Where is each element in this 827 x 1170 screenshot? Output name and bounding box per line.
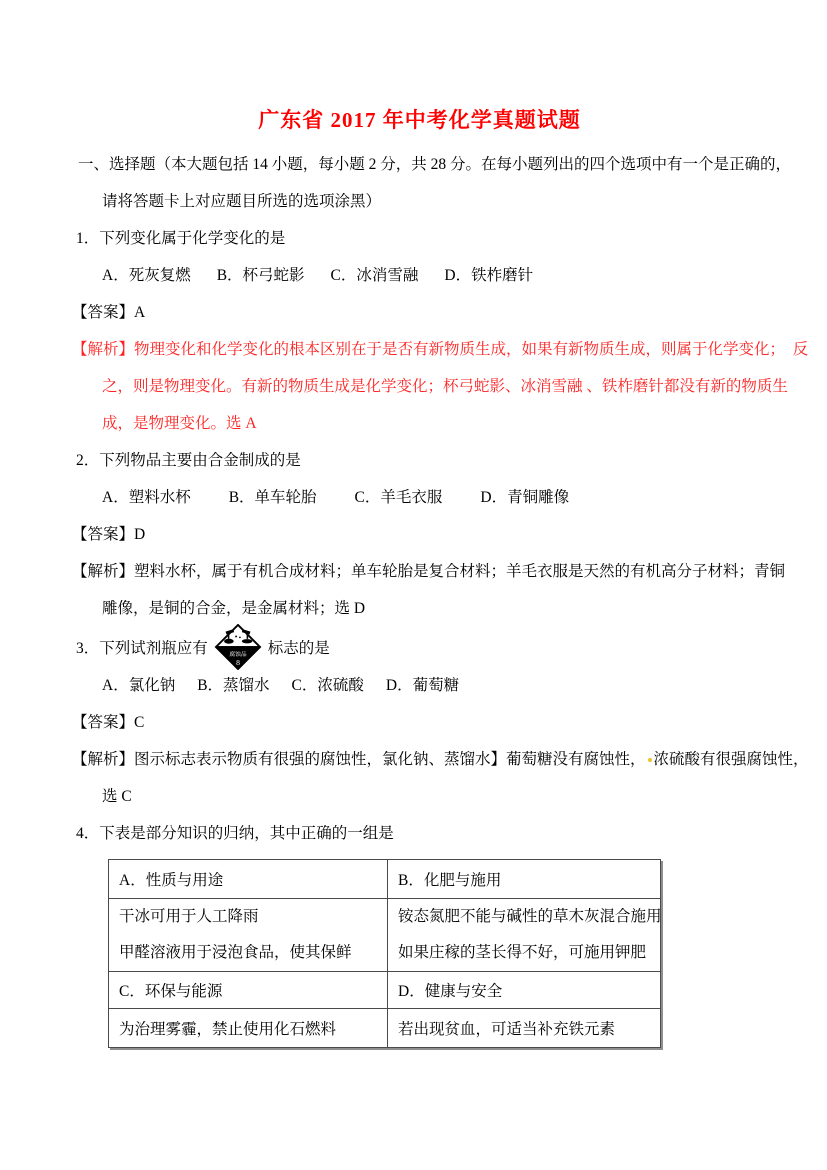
q1-option-d: D．铁柞磨针 [444,257,533,294]
document-page: 广东省 2017 年中考化学真题试题 一、选择题（本大题包括 14 小题，每小题… [0,0,827,1170]
q3-answer: 【答案】C [72,704,767,741]
q1-analysis-line-2: 之，则是物理变化。有新的物质生成是化学变化；杯弓蛇影、冰消雪融 、铁柞磨针都没有… [72,368,767,405]
table-cell-c-header: C．环保与能源 [109,972,388,1009]
table-cell-d-header: D．健康与安全 [388,972,661,1009]
table-row: 为治理雾霾，禁止使用化石燃料 若出现贫血，可适当补充铁元素 [109,1009,661,1048]
q3-analysis-line-1: 【解析】图示标志表示物质有很强的腐蚀性，氯化钠、蒸馏水】葡萄糖没有腐蚀性，浓硫酸… [72,741,767,778]
section-header-line-2: 请将答题卡上对应题目所选的选项涂黑） [72,183,767,220]
q3-stem: 3．下列试剂瓶应有 腐蚀品 8 标志的是 [76,627,767,667]
table-cell-d-body: 若出现贫血，可适当补充铁元素 [388,1009,661,1048]
q1-answer: 【答案】A [72,294,767,331]
table-row: C．环保与能源 D．健康与安全 [109,972,661,1009]
q1-analysis-line-1: 【解析】物理变化和化学变化的根本区别在于是否有新物质生成，如果有新物质生成，则属… [72,331,767,368]
table-row: A．性质与用途 B．化肥与施用 [109,860,661,899]
hazard-number: 8 [236,658,240,667]
document-content: 广东省 2017 年中考化学真题试题 一、选择题（本大题包括 14 小题，每小题… [0,0,827,1048]
q3-option-b: B．蒸馏水 [197,667,269,704]
q2-stem: 2．下列物品主要由合金制成的是 [76,442,767,479]
q1-option-a: A．死灰复燃 [102,257,191,294]
q2-options: A．塑料水杯 B．单车轮胎 C．羊毛衣服 D．青铜雕像 [72,479,767,516]
q2-analysis-line-1: 【解析】塑料水杯，属于有机合成材料；单车轮胎是复合材料；羊毛衣服是天然的有机高分… [72,553,767,590]
knowledge-summary-table: A．性质与用途 B．化肥与施用 干冰可用于人工降雨 甲醛溶液用于浸泡食品，使其保… [108,859,661,1048]
table-cell-line: 甲醛溶液用于浸泡食品，使其保鲜 [119,935,387,971]
table-cell-b-header: B．化肥与施用 [388,860,661,899]
table-cell-line: 干冰可用于人工降雨 [119,899,387,935]
table-cell-b-body: 铵态氮肥不能与碱性的草木灰混合施用 如果庄稼的茎长得不好，可施用钾肥 [388,899,661,972]
q3-option-c: C．浓硫酸 [292,667,364,704]
q3-stem-before-icon: 3．下列试剂瓶应有 [76,636,208,658]
table-row: 干冰可用于人工降雨 甲醛溶液用于浸泡食品，使其保鲜 铵态氮肥不能与碱性的草木灰混… [109,899,661,972]
table-cell-a-header: A．性质与用途 [109,860,388,899]
table-cell-c-body: 为治理雾霾，禁止使用化石燃料 [109,1009,388,1048]
table-cell-a-body: 干冰可用于人工降雨 甲醛溶液用于浸泡食品，使其保鲜 [109,899,388,972]
q1-stem: 1．下列变化属于化学变化的是 [76,220,767,257]
page-title: 广东省 2017 年中考化学真题试题 [72,106,767,134]
q3-analysis-part-b: 浓硫酸有很强腐蚀性， [654,751,809,768]
q4-stem: 4．下表是部分知识的归纳，其中正确的一组是 [76,815,767,852]
q2-analysis-line-2: 雕像，是铜的合金，是金属材料；选 D [72,590,767,627]
yellow-smudge-mark [648,758,652,762]
section-header-line-1: 一、选择题（本大题包括 14 小题，每小题 2 分，共 28 分。在每小题列出的… [78,146,767,183]
q3-option-a: A．氯化钠 [102,667,175,704]
q3-option-d: D．葡萄糖 [386,667,459,704]
corrosive-hazard-icon: 腐蚀品 8 [214,624,262,670]
q2-answer: 【答案】D [72,516,767,553]
q1-option-b: B．杯弓蛇影 [217,257,305,294]
q1-option-c: C．冰消雪融 [331,257,419,294]
q1-options: A．死灰复燃 B．杯弓蛇影 C．冰消雪融 D．铁柞磨针 [72,257,767,294]
q3-options: A．氯化钠 B．蒸馏水 C．浓硫酸 D．葡萄糖 [72,667,767,704]
table-cell-line: 铵态氮肥不能与碱性的草木灰混合施用 [398,899,660,935]
table-cell-line: 如果庄稼的茎长得不好，可施用钾肥 [398,935,660,971]
q3-analysis-line-2: 选 C [72,778,767,815]
q2-option-d: D．青铜雕像 [480,479,569,516]
q2-option-c: C．羊毛衣服 [355,479,443,516]
q2-option-a: A．塑料水杯 [102,479,191,516]
hazard-label: 腐蚀品 [229,650,246,658]
q2-option-b: B．单车轮胎 [229,479,317,516]
hazard-diamond-midband [216,646,260,648]
q3-stem-after-icon: 标志的是 [268,636,330,658]
q1-analysis-line-3: 成，是物理变化。选 A [72,405,767,442]
q3-analysis-part-a: 【解析】图示标志表示物质有很强的腐蚀性，氯化钠、蒸馏水】葡萄糖没有腐蚀性， [72,751,646,768]
